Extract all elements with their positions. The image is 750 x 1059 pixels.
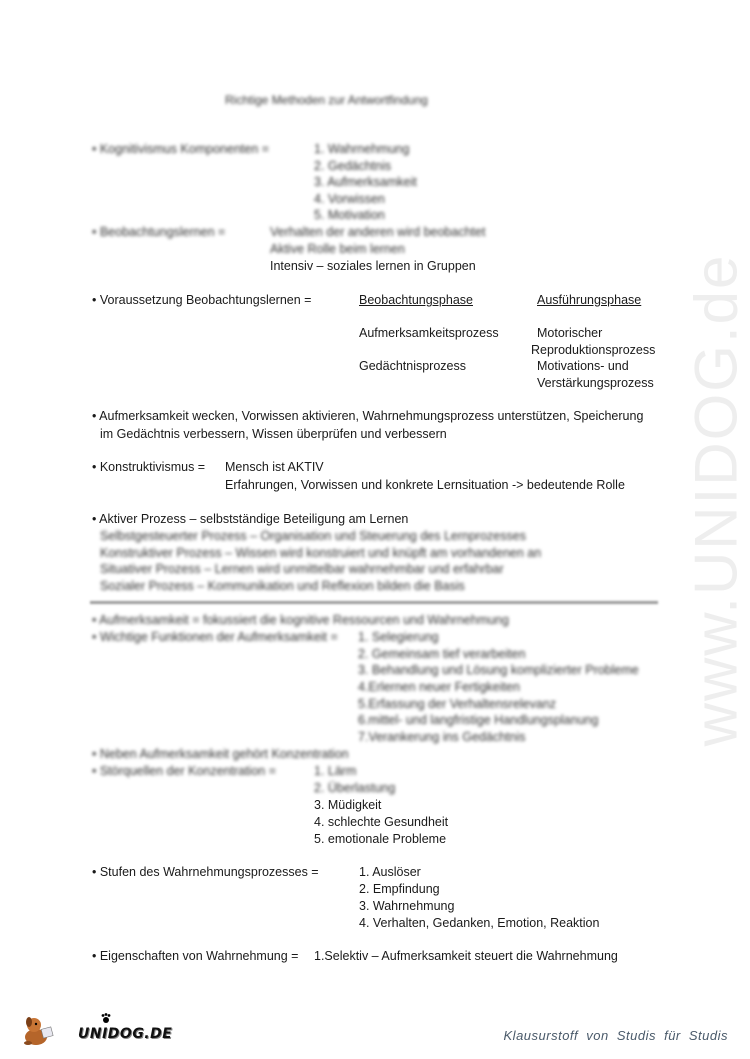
ausfuehrungsphase-item: Verstärkungsprozess — [537, 375, 654, 392]
konstruktivismus-label: • Konstruktivismus = — [92, 459, 205, 476]
footer-tagline: Klausurstoff von Studis für Studis — [504, 1028, 728, 1043]
kognitivismus-item: 2. Gedächtnis — [314, 158, 391, 175]
funktionen-item: 6.mittel- und langfristige Handlungsplan… — [358, 712, 598, 729]
aktiver-prozess-label: • Aktiver Prozess – selbstständige Betei… — [92, 511, 408, 528]
beobachtungsphase-header: Beobachtungsphase — [359, 292, 473, 309]
stufen-item: 4. Verhalten, Gedanken, Emotion, Reaktio… — [359, 915, 599, 932]
document-title: Richtige Methoden zur Antwortfindung — [225, 92, 428, 109]
eigenschaften-value: 1.Selektiv – Aufmerksamkeit steuert die … — [314, 948, 618, 965]
aufmerksamkeit-definition: • Aufmerksamkeit = fokussiert die kognit… — [92, 612, 509, 629]
beobachtungslernen-item: Verhalten der anderen wird beobachtet — [270, 224, 485, 241]
beobachtungslernen-label: • Beobachtungslernen = — [92, 224, 225, 241]
stoerquellen-label: • Störquellen der Konzentration = — [92, 763, 276, 780]
aktiver-prozess-item: Sozialer Prozess – Kommunikation und Ref… — [100, 578, 465, 595]
paw-icon — [100, 1012, 112, 1024]
kognitivismus-item: 4. Vorwissen — [314, 191, 385, 208]
konstruktivismus-line: Erfahrungen, Vorwissen und konkrete Lern… — [225, 477, 625, 494]
stoerquellen-item: 1. Lärm — [314, 763, 356, 780]
logo-text: UNIDOG.DE — [78, 1026, 172, 1042]
kognitivismus-item: 3. Aufmerksamkeit — [314, 174, 417, 191]
beobachtungsphase-item: Aufmerksamkeitsprozess — [359, 325, 499, 342]
aufmerksamkeit-line: • Aufmerksamkeit wecken, Vorwissen aktiv… — [92, 408, 643, 425]
beobachtungslernen-item: Aktive Rolle beim lernen — [270, 241, 405, 258]
watermark: www.UNIDOG.de — [682, 254, 750, 747]
unidog-logo[interactable]: UNIDOG.DE — [22, 1016, 152, 1046]
funktionen-item: 5.Erfassung der Verhaltensrelevanz — [358, 696, 556, 713]
dog-mascot-icon — [22, 1016, 56, 1046]
stoerquellen-item: 5. emotionale Probleme — [314, 831, 446, 848]
aktiver-prozess-item: Selbstgesteuerter Prozess – Organisation… — [100, 528, 526, 545]
aufmerksamkeit-line: im Gedächtnis verbessern, Wissen überprü… — [100, 426, 447, 443]
aktiver-prozess-item: Situativer Prozess – Lernen wird unmitte… — [100, 561, 504, 578]
funktionen-item: 7.Verankerung ins Gedächtnis — [358, 729, 525, 746]
beobachtungslernen-item: Intensiv – soziales lernen in Gruppen — [270, 258, 476, 275]
funktionen-item: 1. Selegierung — [358, 629, 439, 646]
stoerquellen-item: 2. Überlastung — [314, 780, 395, 797]
ausfuehrungsphase-item: Reproduktionsprozess — [531, 342, 655, 359]
funktionen-item: 2. Gemeinsam tief verarbeiten — [358, 646, 525, 663]
ausfuehrungsphase-header: Ausführungsphase — [537, 292, 641, 309]
stufen-item: 3. Wahrnehmung — [359, 898, 454, 915]
funktionen-label: • Wichtige Funktionen der Aufmerksamkeit… — [92, 629, 338, 646]
konstruktivismus-line: Mensch ist AKTIV — [225, 459, 324, 476]
stoerquellen-item: 4. schlechte Gesundheit — [314, 814, 448, 831]
kognitivismus-item: 5. Motivation — [314, 207, 385, 224]
ausfuehrungsphase-item: Motorischer — [537, 325, 602, 342]
kognitivismus-item: 1. Wahrnehmung — [314, 141, 409, 158]
konzentration-note: • Neben Aufmerksamkeit gehört Konzentrat… — [92, 746, 349, 763]
aktiver-prozess-item: Konstruktiver Prozess – Wissen wird kons… — [100, 545, 541, 562]
stufen-item: 1. Auslöser — [359, 864, 421, 881]
stufen-label: • Stufen des Wahrnehmungsprozesses = — [92, 864, 319, 881]
ausfuehrungsphase-item: Motivations- und — [537, 358, 629, 375]
funktionen-item: 4.Erlernen neuer Fertigkeiten — [358, 679, 520, 696]
funktionen-item: 3. Behandlung und Lösung komplizierter P… — [358, 662, 639, 679]
voraussetzung-label: • Voraussetzung Beobachtungslernen = — [92, 292, 311, 309]
stufen-item: 2. Empfindung — [359, 881, 440, 898]
stoerquellen-item: 3. Müdigkeit — [314, 797, 381, 814]
section-divider — [90, 601, 658, 604]
eigenschaften-label: • Eigenschaften von Wahrnehmung = — [92, 948, 298, 965]
kognitivismus-label: • Kognitivismus Komponenten = — [92, 141, 269, 158]
beobachtungsphase-item: Gedächtnisprozess — [359, 358, 466, 375]
